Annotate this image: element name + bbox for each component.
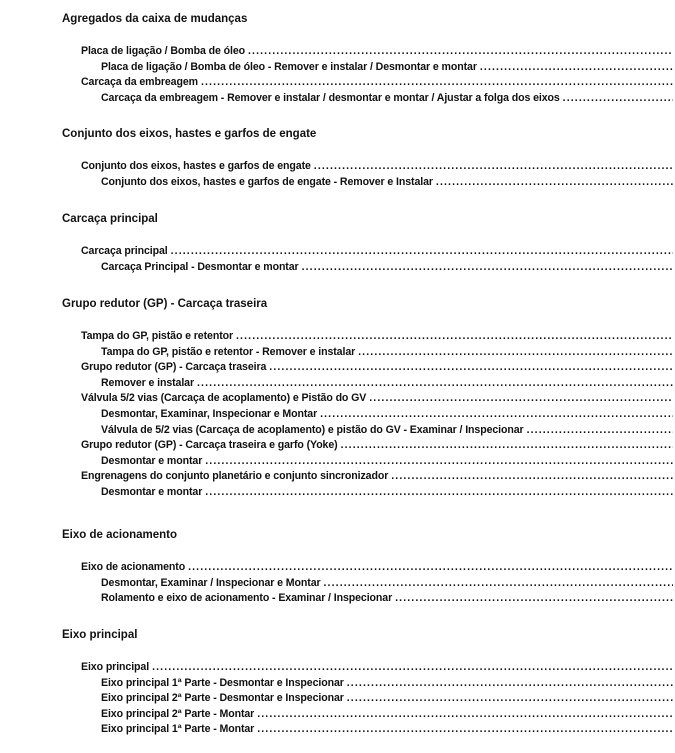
toc-entry[interactable]: Grupo redutor (GP) - Carcaça traseira...… <box>81 360 673 374</box>
section-title: Conjunto dos eixos, hastes e garfos de e… <box>62 127 316 141</box>
toc-subentry[interactable]: Carcaça Principal - Desmontar e montar..… <box>101 260 673 274</box>
entry-label: Desmontar, Examinar, Inspecionar e Monta… <box>101 407 320 421</box>
toc-subentry[interactable]: Eixo principal 1ª Parte - Desmontar e In… <box>101 676 673 690</box>
section-title: Grupo redutor (GP) - Carcaça traseira <box>62 297 267 311</box>
toc-entry[interactable]: Conjunto dos eixos, hastes e garfos de e… <box>81 159 673 173</box>
dot-leader: ........................................… <box>369 391 673 405</box>
toc-subentry[interactable]: Válvula de 5/2 vias (Carcaça de acoplame… <box>101 423 673 437</box>
section-title: Agregados da caixa de mudanças <box>62 12 247 26</box>
entry-label: Carcaça Principal - Desmontar e montar <box>101 260 302 274</box>
entry-label: Conjunto dos eixos, hastes e garfos de e… <box>101 175 436 189</box>
toc-subentry[interactable]: Desmontar e montar......................… <box>101 485 673 499</box>
toc-subentry[interactable]: Eixo principal 1ª Parte - Montar........… <box>101 722 673 736</box>
toc-subentry[interactable]: Desmontar, Examinar, Inspecionar e Monta… <box>101 407 673 421</box>
entry-label: Válvula 5/2 vias (Carcaça de acoplamento… <box>81 391 369 405</box>
dot-leader: ........................................… <box>236 329 673 343</box>
dot-leader: ........................................… <box>324 576 673 590</box>
dot-leader: ........................................… <box>257 707 673 721</box>
entry-label: Tampa do GP, pistão e retentor <box>81 329 236 343</box>
toc-subentry[interactable]: Desmontar e montar......................… <box>101 454 673 468</box>
toc-entry[interactable]: Carcaça principal.......................… <box>81 244 673 258</box>
entry-label: Eixo principal <box>81 660 152 674</box>
entry-label: Engrenagens do conjunto planetário e con… <box>81 469 391 483</box>
dot-leader: ........................................… <box>527 423 673 437</box>
entry-label: Conjunto dos eixos, hastes e garfos de e… <box>81 159 314 173</box>
toc-entry[interactable]: Tampa do GP, pistão e retentor..........… <box>81 329 673 343</box>
dot-leader: ........................................… <box>347 676 673 690</box>
toc-subentry[interactable]: Eixo principal 2ª Parte - Montar........… <box>101 707 673 721</box>
entry-label: Placa de ligação / Bomba de óleo - Remov… <box>101 60 480 74</box>
toc-subentry[interactable]: Remover e instalar......................… <box>101 376 673 390</box>
section-title: Eixo principal <box>62 628 137 642</box>
dot-leader: ........................................… <box>341 438 673 452</box>
dot-leader: ........................................… <box>205 485 673 499</box>
entry-label: Grupo redutor (GP) - Carcaça traseira <box>81 360 269 374</box>
entry-label: Carcaça principal <box>81 244 171 258</box>
dot-leader: ........................................… <box>205 454 673 468</box>
section-title: Carcaça principal <box>62 212 158 226</box>
toc-subentry[interactable]: Conjunto dos eixos, hastes e garfos de e… <box>101 175 673 189</box>
dot-leader: ........................................… <box>347 691 673 705</box>
dot-leader: ........................................… <box>248 44 673 58</box>
entry-label: Grupo redutor (GP) - Carcaça traseira e … <box>81 438 341 452</box>
toc-subentry[interactable]: Carcaça da embreagem - Remover e instala… <box>101 91 673 105</box>
toc-entry[interactable]: Eixo principal..........................… <box>81 660 673 674</box>
entry-label: Eixo principal 2ª Parte - Montar <box>101 707 257 721</box>
entry-label: Eixo principal 2ª Parte - Desmontar e In… <box>101 691 347 705</box>
toc-entry[interactable]: Carcaça da embreagem....................… <box>81 75 673 89</box>
dot-leader: ........................................… <box>152 660 673 674</box>
dot-leader: ........................................… <box>395 591 673 605</box>
dot-leader: ........................................… <box>257 722 673 736</box>
entry-label: Remover e instalar <box>101 376 197 390</box>
dot-leader: ........................................… <box>269 360 673 374</box>
toc-entry[interactable]: Placa de ligação / Bomba de óleo........… <box>81 44 673 58</box>
toc-subentry[interactable]: Rolamento e eixo de acionamento - Examin… <box>101 591 673 605</box>
toc-entry[interactable]: Engrenagens do conjunto planetário e con… <box>81 469 673 483</box>
dot-leader: ........................................… <box>358 345 673 359</box>
entry-label: Placa de ligação / Bomba de óleo <box>81 44 248 58</box>
entry-label: Eixo de acionamento <box>81 560 188 574</box>
entry-label: Eixo principal 1ª Parte - Desmontar e In… <box>101 676 347 690</box>
dot-leader: ........................................… <box>197 376 673 390</box>
entry-label: Tampa do GP, pistão e retentor - Remover… <box>101 345 358 359</box>
entry-label: Desmontar e montar <box>101 454 205 468</box>
toc-entry[interactable]: Grupo redutor (GP) - Carcaça traseira e … <box>81 438 673 452</box>
entry-label: Carcaça da embreagem - Remover e instala… <box>101 91 563 105</box>
toc-subentry[interactable]: Placa de ligação / Bomba de óleo - Remov… <box>101 60 673 74</box>
toc-subentry[interactable]: Tampa do GP, pistão e retentor - Remover… <box>101 345 673 359</box>
dot-leader: ........................................… <box>563 91 673 105</box>
dot-leader: ........................................… <box>320 407 673 421</box>
entry-label: Desmontar e montar <box>101 485 205 499</box>
dot-leader: ........................................… <box>171 244 673 258</box>
toc-subentry[interactable]: Eixo principal 2ª Parte - Desmontar e In… <box>101 691 673 705</box>
dot-leader: ........................................… <box>314 159 673 173</box>
entry-label: Desmontar, Examinar / Inspecionar e Mont… <box>101 576 324 590</box>
entry-label: Válvula de 5/2 vias (Carcaça de acoplame… <box>101 423 527 437</box>
entry-label: Rolamento e eixo de acionamento - Examin… <box>101 591 395 605</box>
entry-label: Carcaça da embreagem <box>81 75 201 89</box>
dot-leader: ........................................… <box>480 60 673 74</box>
dot-leader: ........................................… <box>302 260 673 274</box>
toc-entry[interactable]: Eixo de acionamento.....................… <box>81 560 673 574</box>
dot-leader: ........................................… <box>391 469 673 483</box>
toc-subentry[interactable]: Desmontar, Examinar / Inspecionar e Mont… <box>101 576 673 590</box>
dot-leader: ........................................… <box>436 175 673 189</box>
section-title: Eixo de acionamento <box>62 528 177 542</box>
entry-label: Eixo principal 1ª Parte - Montar <box>101 722 257 736</box>
toc-entry[interactable]: Válvula 5/2 vias (Carcaça de acoplamento… <box>81 391 673 405</box>
dot-leader: ........................................… <box>188 560 673 574</box>
dot-leader: ........................................… <box>201 75 673 89</box>
